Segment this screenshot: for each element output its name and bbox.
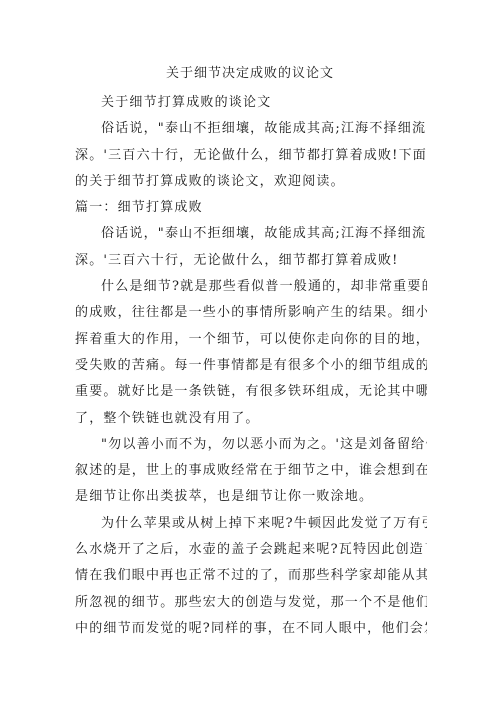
text-line: 是细节让你出类拔萃，也是细节让你一败涂地。 [75,484,427,510]
text-line: 的成败，往往都是一些小的事情所影响产生的结果。细小的事情经常发 [75,300,427,326]
text-line: 俗话说，"泰山不拒细壤，故能成其高;江海不择细流，故能就其 [75,116,427,142]
document-title: 关于细节决定成败的议论文 [0,64,500,84]
text-line: 了，整个铁链也就没有用了。 [75,406,427,432]
document-body: 关于细节打算成败的谈论文俗话说，"泰山不拒细壤，故能成其高;江海不择细流，故能就… [75,90,427,642]
text-line: 叙述的是，世上的事成败经常在于细节之中，谁会想到在关键的时候会 [75,458,427,484]
text-line: 关于细节打算成败的谈论文 [75,90,427,116]
text-line: 所忽视的细节。那些宏大的创造与发觉，那一个不是他们仔细观看生活 [75,590,427,616]
text-line: 的关于细节打算成败的谈论文，欢迎阅读。 [75,169,427,195]
text-line: 情在我们眼中再也正常不过的了，而那些科学家却能从其中发觉出我们 [75,563,427,589]
document-page: 关于细节决定成败的议论文 关于细节打算成败的谈论文俗话说，"泰山不拒细壤，故能成… [0,0,500,707]
text-line: 挥着重大的作用，一个细节，可以使你走向你的目的地，也可以使你饱 [75,327,427,353]
text-line: "勿以善小而不为，勿以恶小而为之。'这是刘备留给他儿子的话。 [75,432,427,458]
text-line: 深。'三百六十行，无论做什么，细节都打算着成败! [75,248,427,274]
text-line: 受失败的苦痛。每一件事情都是有很多个小的细节组成的，每一个都很 [75,353,427,379]
text-line: 深。'三百六十行，无论做什么，细节都打算着成败!下面是我为你带来 [75,143,427,169]
text-line: 么水烧开了之后，水壶的盖子会跳起来呢?瓦特因此创造了蒸汽机这些事 [75,537,427,563]
text-line: 篇一：细节打算成败 [75,195,427,221]
text-line: 俗话说，"泰山不拒细壤，故能成其高;江海不择细流，故能就其 [75,221,427,247]
text-line: 重要。就好比是一条铁链，有很多铁环组成，无论其中哪一个铁环坏 [75,379,427,405]
text-line: 为什么苹果或从树上掉下来呢?牛顿因此发觉了万有引力定律;为什 [75,511,427,537]
text-line: 中的细节而发觉的呢?同样的事，在不同人眼中，他们会发觉不同的细 [75,616,427,642]
text-line: 什么是细节?就是那些看似普一般通的，却非常重要的事情，一件事 [75,274,427,300]
